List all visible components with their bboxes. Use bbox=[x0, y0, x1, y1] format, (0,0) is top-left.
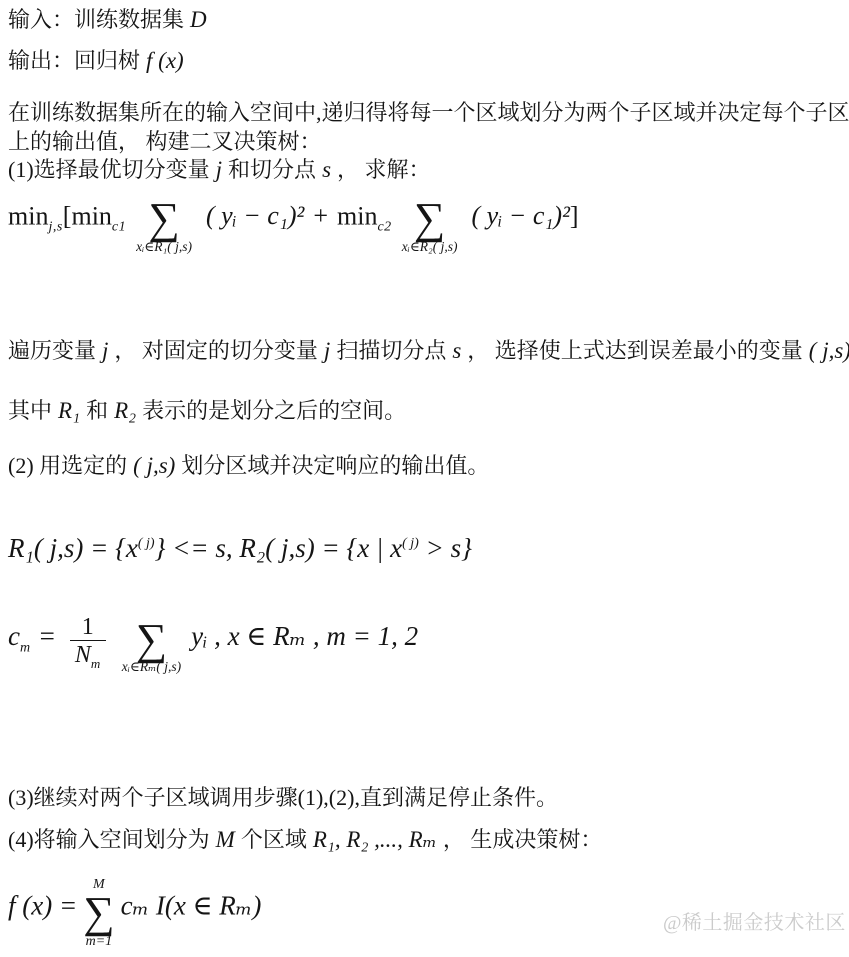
region-sequence: R₁, R₂ ,..., Rₘ bbox=[313, 827, 437, 852]
min-operator-1: min bbox=[8, 201, 48, 230]
region-r2: R₂ bbox=[114, 398, 136, 423]
summation-rm: ∑xᵢ∈Rₘ( j,s) bbox=[122, 619, 181, 676]
input-label: 输入：训练数据集 bbox=[8, 7, 184, 32]
sum-lower-limit: m=1 bbox=[86, 934, 113, 949]
sigma-icon: ∑ bbox=[148, 198, 179, 240]
formula-min-objective: minj,s[minc1∑xᵢ∈R₁( j,s)( yᵢ − c₁)²+minc… bbox=[8, 190, 579, 247]
region-def-part-b: } <= s, R₂( j,s) = {x | x bbox=[155, 533, 403, 563]
pair-j-s-selected: ( j,s) bbox=[133, 453, 175, 478]
cm-formula-tail: yᵢ , x ∈ Rₘ , m = 1, 2 bbox=[191, 621, 418, 651]
split-point-s: s bbox=[322, 157, 331, 182]
plus-operator: + bbox=[313, 201, 328, 230]
step-4-text-a: (4)将输入空间划分为 bbox=[8, 827, 210, 852]
min-operator-2: min bbox=[71, 201, 111, 230]
variable-j-2: j bbox=[324, 338, 330, 363]
step-1-line: (1)选择最优切分变量j和切分点s， 求解： bbox=[8, 156, 431, 185]
step-4-text-c: ， 生成决策树： bbox=[443, 827, 603, 852]
step-3-line: (3)继续对两个子区域调用步骤(1),(2),直到满足停止条件。 bbox=[8, 784, 558, 812]
superscript-j-1: ( j) bbox=[138, 536, 155, 551]
regions-text-c: 表示的是划分之后的空间。 bbox=[142, 398, 406, 423]
sum-rm-lower-limit: xᵢ∈Rₘ( j,s) bbox=[122, 660, 181, 675]
cm-variable: c bbox=[8, 621, 20, 651]
fx-equals: f (x) = bbox=[8, 890, 77, 920]
sigma-icon: ∑ bbox=[136, 619, 167, 661]
step-2-text-b: 划分区域并决定响应的输出值。 bbox=[181, 453, 489, 478]
input-line: 输入：训练数据集D bbox=[8, 6, 213, 35]
m-regions-count: M bbox=[216, 827, 235, 852]
intro-paragraph-line-1: 在训练数据集所在的输入空间中,递归得将每一个区域划分为两个子区域并决定每个子区域 bbox=[8, 99, 849, 127]
regions-text-b: 和 bbox=[86, 398, 108, 423]
min-2-subscript: c1 bbox=[112, 219, 126, 234]
summation-region-1: ∑xᵢ∈R₁( j,s) bbox=[136, 198, 192, 255]
summation-region-2: ∑xᵢ∈R₂( j,s) bbox=[402, 198, 458, 255]
formula-cm-average: cm=1Nm∑xᵢ∈Rₘ( j,s)yᵢ , x ∈ Rₘ , m = 1, 2 bbox=[8, 610, 418, 668]
regions-text-a: 其中 bbox=[8, 398, 52, 423]
step-4-text-b: 个区域 bbox=[241, 827, 307, 852]
superscript-j-2: ( j) bbox=[402, 536, 419, 551]
equals-sign: = bbox=[40, 621, 55, 651]
fraction-1-over-nm: 1Nm bbox=[70, 614, 106, 672]
formula-decision-tree: f (x) =M∑m=1cₘ I(x ∈ Rₘ) bbox=[8, 872, 261, 945]
intro-paragraph-line-2: 上的输出值， 构建二叉决策树： bbox=[8, 128, 322, 156]
min-operator-3: min bbox=[337, 201, 377, 230]
squared-error-term-2: ( yᵢ − c₁)² bbox=[472, 201, 570, 230]
step-2-line: (2) 用选定的( j,s)划分区域并决定响应的输出值。 bbox=[8, 452, 489, 481]
summation-m-1-to-M: M∑m=1 bbox=[83, 877, 114, 950]
traverse-text-c: 扫描切分点 bbox=[336, 338, 446, 363]
nm-variable: N bbox=[75, 642, 91, 668]
region-def-part-a: R₁( j,s) = {x bbox=[8, 533, 138, 563]
fraction-numerator: 1 bbox=[74, 614, 102, 640]
fraction-denominator: Nm bbox=[70, 640, 106, 671]
cm-subscript: m bbox=[20, 640, 31, 655]
step-2-text-a: (2) 用选定的 bbox=[8, 453, 127, 478]
traverse-text-a: 遍历变量 bbox=[8, 338, 96, 363]
juejin-watermark: @稀土掘金技术社区 bbox=[663, 906, 846, 935]
min-1-subscript: j,s bbox=[48, 219, 62, 234]
regression-tree-fn: f (x) bbox=[146, 48, 184, 73]
traverse-text-b: ， 对固定的切分变量 bbox=[114, 338, 318, 363]
region-r1: R₁ bbox=[58, 398, 80, 423]
output-line: 输出：回归树f (x) bbox=[8, 47, 190, 76]
split-variable-j: j bbox=[216, 157, 222, 182]
sigma-icon: ∑ bbox=[83, 892, 114, 934]
dataset-variable: D bbox=[190, 7, 207, 32]
sum-2-lower-limit: xᵢ∈R₂( j,s) bbox=[402, 240, 458, 255]
min-3-subscript: c2 bbox=[377, 219, 391, 234]
step-1-text-a: (1)选择最优切分变量 bbox=[8, 157, 210, 182]
regions-line: 其中R₁和R₂表示的是划分之后的空间。 bbox=[8, 397, 406, 426]
squared-error-term-1: ( yᵢ − c₁)² bbox=[206, 201, 304, 230]
pair-j-s: ( j,s) bbox=[809, 338, 849, 363]
region-def-part-c: > s} bbox=[419, 533, 472, 563]
nm-subscript: m bbox=[91, 656, 101, 671]
sum-1-lower-limit: xᵢ∈R₁( j,s) bbox=[136, 240, 192, 255]
variable-j-1: j bbox=[102, 338, 108, 363]
formula-region-definition: R₁( j,s) = {x( j)} <= s, R₂( j,s) = {x |… bbox=[8, 533, 472, 564]
tree-formula-tail: cₘ I(x ∈ Rₘ) bbox=[121, 890, 262, 920]
traverse-text-d: ， 选择使上式达到误差最小的变量 bbox=[467, 338, 803, 363]
sigma-icon: ∑ bbox=[414, 198, 445, 240]
document-page: 输入：训练数据集D 输出：回归树f (x) 在训练数据集所在的输入空间中,递归得… bbox=[0, 0, 849, 957]
traverse-line: 遍历变量j， 对固定的切分变量j扫描切分点s， 选择使上式达到误差最小的变量( … bbox=[8, 337, 849, 366]
step-1-text-c: ， 求解： bbox=[337, 157, 431, 182]
step-4-line: (4)将输入空间划分为M个区域R₁, R₂ ,..., Rₘ， 生成决策树： bbox=[8, 826, 602, 855]
output-label: 输出：回归树 bbox=[8, 48, 140, 73]
step-1-text-b: 和切分点 bbox=[228, 157, 316, 182]
close-bracket: ] bbox=[570, 201, 579, 230]
variable-s: s bbox=[452, 338, 461, 363]
